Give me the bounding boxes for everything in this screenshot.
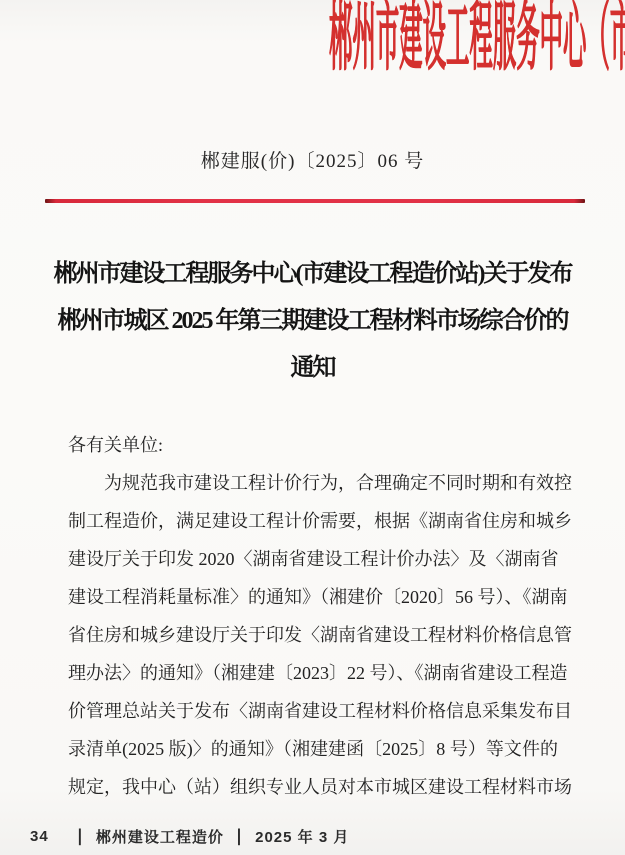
footer-date: 2025 年 3 月	[255, 826, 349, 847]
body-line: 规定，我中心（站）组织专业人员对本市城区建设工程材料市场	[68, 768, 558, 806]
document-page: 郴州市建设工程服务中心（市建设工程造价站）文件 郴建服(价)〔2025〕06 号…	[0, 0, 625, 855]
body-line: 制工程造价，满足建设工程计价需要，根据《湖南省住房和城乡	[68, 502, 558, 540]
body-line: 建设工程消耗量标准〉的通知》（湘建价〔2020〕56 号）、《湖南	[68, 578, 558, 616]
body-line: 理办法〉的通知》（湘建建〔2023〕22 号）、《湖南省建设工程造	[68, 654, 558, 692]
body-line: 建设厅关于印发 2020〈湖南省建设工程计价办法〉及〈湖南省	[68, 540, 558, 578]
salutation: 各有关单位:	[68, 426, 558, 464]
body-line: 为规范我市建设工程计价行为，合理确定不同时期和有效控	[68, 464, 558, 502]
title-line-1: 郴州市建设工程服务中心(市建设工程造价站)关于发布	[0, 251, 625, 298]
title-line-3: 通知	[0, 345, 625, 392]
doc-number: 郴建服(价)〔2025〕06 号	[0, 146, 625, 173]
document-body: 各有关单位: 为规范我市建设工程计价行为，合理确定不同时期和有效控 制工程造价，…	[68, 426, 558, 806]
body-line: 录清单(2025 版)〉的通知》（湘建建函〔2025〕8 号）等文件的	[68, 730, 558, 768]
red-divider-line	[45, 199, 585, 203]
footer-separator: |	[78, 827, 83, 847]
page-number: 34	[30, 828, 49, 845]
document-title: 郴州市建设工程服务中心(市建设工程造价站)关于发布 郴州市城区 2025 年第三…	[0, 251, 625, 392]
page-footer: 34 | 郴州建设工程造价 | 2025 年 3 月	[30, 826, 349, 847]
title-line-2: 郴州市城区 2025 年第三期建设工程材料市场综合价的	[0, 298, 625, 345]
body-line: 省住房和城乡建设厅关于印发〈湖南省建设工程材料价格信息管	[68, 616, 558, 654]
document-header-banner: 郴州市建设工程服务中心（市建设工程造价站）文件	[0, 2, 625, 88]
footer-publication: 郴州建设工程造价	[96, 826, 224, 847]
footer-separator: |	[237, 827, 242, 847]
banner-text: 郴州市建设工程服务中心（市建设工程造价站）文件	[329, 2, 625, 77]
body-line: 价管理总站关于发布〈湖南省建设工程材料价格信息采集发布目	[68, 692, 558, 730]
